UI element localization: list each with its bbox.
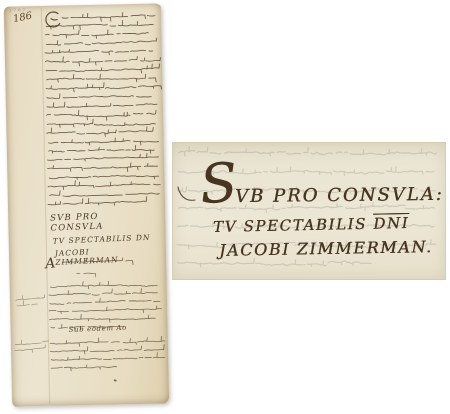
body-text-lines (44, 8, 160, 218)
margin-note-2 (13, 338, 47, 355)
page-heading-line2: TV SPECTABILIS DN (53, 233, 153, 246)
detail-heading-line2-main: TV SPECTABILIS (213, 215, 374, 236)
page-number: 186 (12, 11, 33, 25)
manuscript-scan: 1787 186 SVB PRO CONSVLA TV SPECTABILIS … (0, 0, 450, 414)
manuscript-page: 1787 186 SVB PRO CONSVLA TV SPECTABILIS … (4, 3, 169, 406)
s-leadin-stroke (175, 181, 199, 203)
ink-blot (113, 379, 116, 382)
detail-crop: S VB PRO CONSVLA: TV SPECTABILIS DNI JAC… (172, 142, 446, 280)
election-initial-letter: A (45, 255, 57, 272)
election-line (61, 256, 151, 270)
page-heading-line1: SVB PRO CONSVLA (50, 210, 153, 234)
paragraph-3-lines (50, 336, 165, 374)
detail-heading-initial-s: S (198, 156, 239, 212)
magistrat-word (75, 268, 111, 279)
detail-heading-line3: JACOBI ZIMMERMAN. (219, 237, 433, 260)
detail-heading-line2-abbr: DNI (373, 214, 409, 233)
detail-heading-line1: VB PRO CONSVLA: (235, 184, 444, 207)
margin-note-1 (14, 293, 47, 312)
